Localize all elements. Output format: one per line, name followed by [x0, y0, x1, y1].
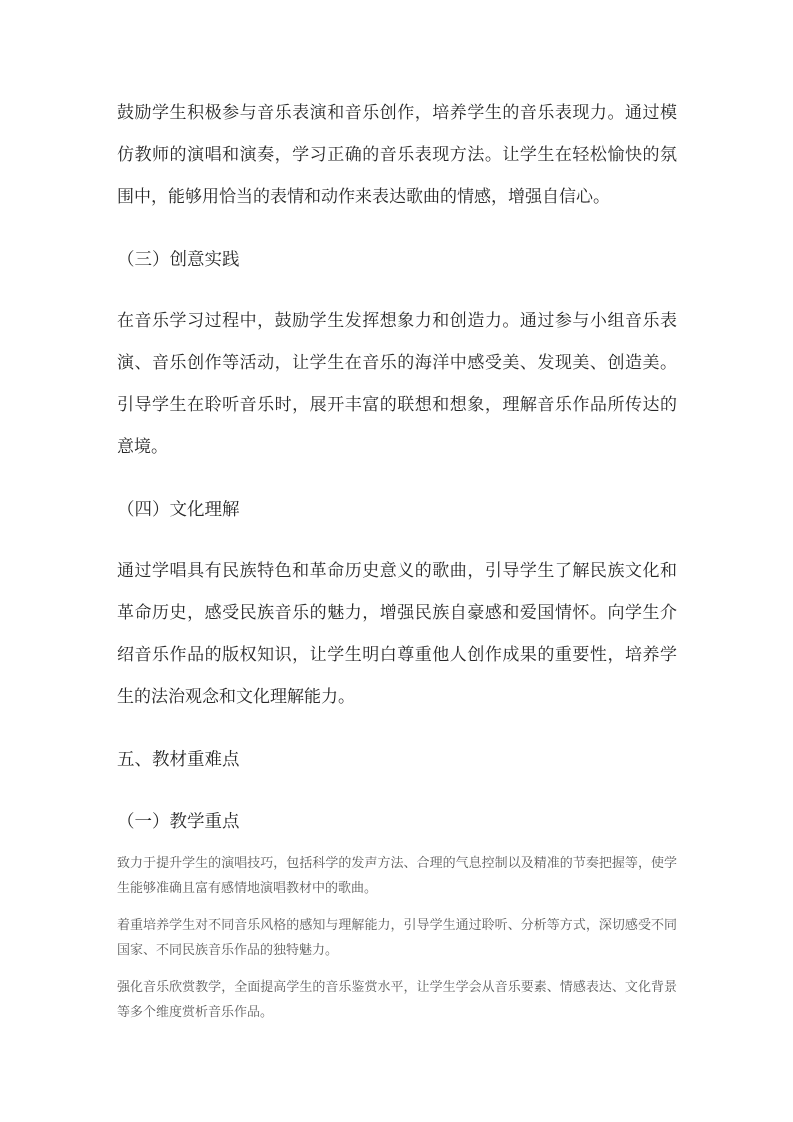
section-heading-cultural-understanding: （四）文化理解 [117, 488, 677, 530]
key-point-music-appreciation: 强化音乐欣赏教学，全面提高学生的音乐鉴赏水平，让学生学会从音乐要素、情感表达、文… [117, 974, 677, 1024]
chapter-heading-textbook-key-difficulties: 五、教材重难点 [117, 738, 677, 780]
paragraph-cultural-understanding: 通过学唱具有民族特色和革命历史意义的歌曲，引导学生了解民族文化和革命历史，感受民… [117, 550, 677, 718]
key-point-style-perception: 着重培养学生对不同音乐风格的感知与理解能力，引导学生通过聆听、分析等方式，深切感… [117, 912, 677, 962]
key-point-singing-skills: 致力于提升学生的演唱技巧，包括科学的发声方法、合理的气息控制以及精准的节奏把握等… [117, 850, 677, 900]
paragraph-performance-continued: 鼓励学生积极参与音乐表演和音乐创作，培养学生的音乐表现力。通过模仿教师的演唱和演… [117, 92, 677, 218]
section-heading-creative-practice: （三）创意实践 [117, 238, 677, 280]
section-heading-teaching-focus: （一）教学重点 [117, 800, 677, 842]
paragraph-creative-practice: 在音乐学习过程中，鼓励学生发挥想象力和创造力。通过参与小组音乐表演、音乐创作等活… [117, 300, 677, 468]
document-page: 鼓励学生积极参与音乐表演和音乐创作，培养学生的音乐表现力。通过模仿教师的演唱和演… [0, 0, 793, 1122]
